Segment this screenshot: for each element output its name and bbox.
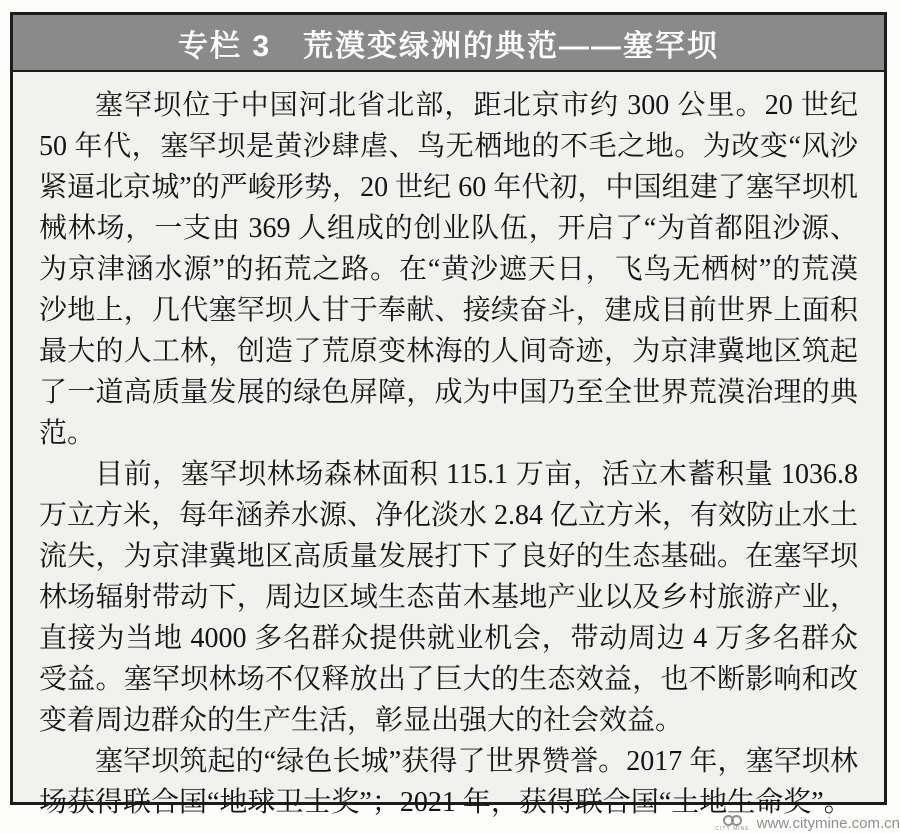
watermark-url: www.citymine.com.cn — [757, 815, 900, 832]
column-box-header: 专栏 3 荒漠变绿洲的典范——塞罕坝 — [13, 15, 884, 72]
paragraph-history: 塞罕坝位于中国河北省北部，距北京市约 300 公里。20 世纪 50 年代，塞罕… — [39, 85, 858, 454]
scanned-document-page: { "panel": { "header": { "title": "专栏 3 … — [0, 0, 900, 834]
column-box-title: 专栏 3 荒漠变绿洲的典范——塞罕坝 — [178, 21, 719, 65]
watermark: CITY MINE www.citymine.com.cn — [715, 815, 900, 832]
paragraph-current-status: 目前，塞罕坝林场森林面积 115.1 万亩，活立木蓄积量 1036.8 万立方米… — [39, 454, 858, 741]
paragraph-awards: 塞罕坝筑起的“绿色长城”获得了世界赞誉。2017 年，塞罕坝林场获得联合国“地球… — [39, 741, 858, 823]
logo-circle-right-icon — [731, 815, 742, 826]
column-box: 专栏 3 荒漠变绿洲的典范——塞罕坝 塞罕坝位于中国河北省北部，距北京市约 30… — [10, 12, 887, 805]
citymine-logo-icon: CITY MINE — [715, 815, 749, 832]
citymine-logo-caption: CITY MINE — [715, 827, 749, 832]
column-box-body: 塞罕坝位于中国河北省北部，距北京市约 300 公里。20 世纪 50 年代，塞罕… — [13, 72, 884, 823]
citymine-logo-circles-icon — [723, 815, 742, 826]
